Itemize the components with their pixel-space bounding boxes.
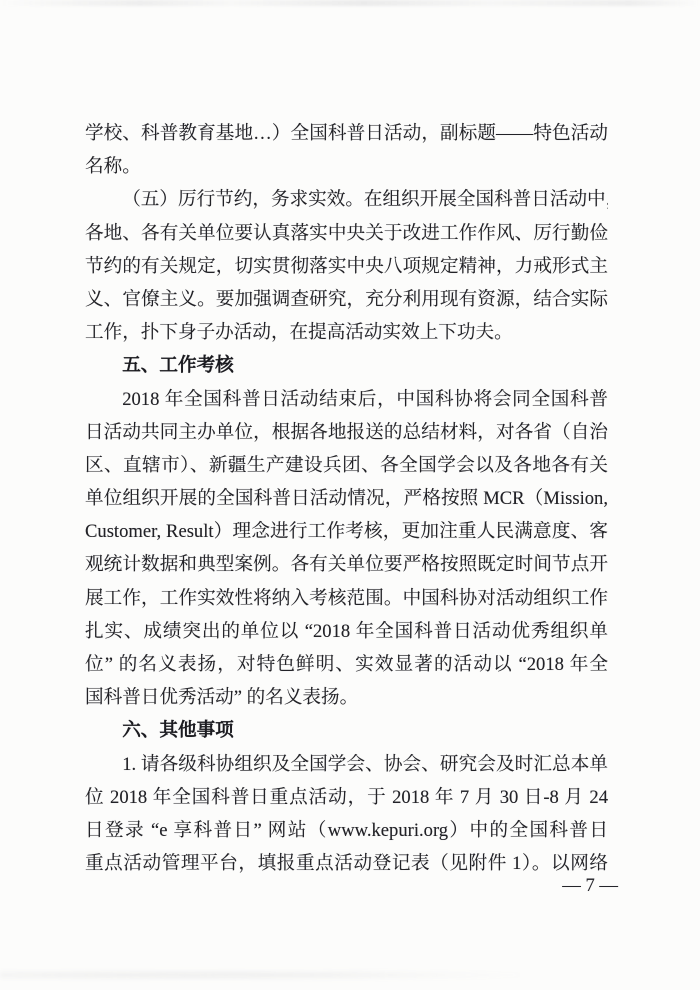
text-line: 各地、各有关单位要认真落实中央关于改进工作作风、厉行勤俭 [85, 217, 608, 250]
page-number: — 7 — [0, 872, 618, 900]
text-line: 展工作，工作实效性将纳入考核范围。中国科协对活动组织工作 [85, 582, 608, 615]
text-line: 单位组织开展的全国科普日活动情况，严格按照 MCR（Mission, [85, 482, 608, 515]
text-line: 位” 的名义表扬，对特色鲜明、实效显著的活动以 “2018 年全 [85, 648, 608, 681]
text-line: 2018 年全国科普日活动结束后，中国科协将会同全国科普 [85, 383, 608, 416]
text-line: 扎实、成绩突出的单位以 “2018 年全国科普日活动优秀组织单 [85, 615, 608, 648]
text-line-with-url: 日登录 “e 享科普日” 网站（www.kepuri.org）中的全国科普日 [85, 814, 608, 847]
text-line: 区、直辖市）、新疆生产建设兵团、各全国学会以及各地各有关 [85, 449, 608, 482]
text-line: 国科普日优秀活动” 的名义表扬。 [85, 681, 608, 714]
document-page: 学校、科普教育基地…）全国科普日活动，副标题——特色活动 名称。 （五）厉行节约… [0, 0, 700, 990]
scan-artifact-top [0, 0, 700, 6]
text-line: 观统计数据和典型案例。各有关单位要严格按照既定时间节点开 [85, 548, 608, 581]
section-heading-other-matters: 六、其他事项 [85, 714, 608, 747]
text-line: 学校、科普教育基地…）全国科普日活动，副标题——特色活动 [85, 117, 608, 150]
text-line: 位 2018 年全国科普日重点活动，于 2018 年 7 月 30 日-8 月 … [85, 781, 608, 814]
text-line: Customer, Result）理念进行工作考核，更加注重人民满意度、客 [85, 515, 608, 548]
text-line: 1. 请各级科协组织及全国学会、协会、研究会及时汇总本单 [85, 748, 608, 781]
text-line: 义、官僚主义。要加强调查研究，充分利用现有资源，结合实际 [85, 283, 608, 316]
scan-artifact-bottom [0, 968, 520, 982]
text-line: 名称。 [85, 150, 608, 183]
text-line: 工作，扑下身子办活动，在提高活动实效上下功夫。 [85, 316, 608, 349]
document-body: 学校、科普教育基地…）全国科普日活动，副标题——特色活动 名称。 （五）厉行节约… [85, 117, 608, 880]
section-heading-work-assessment: 五、工作考核 [85, 349, 608, 382]
text-line: （五）厉行节约，务求实效。在组织开展全国科普日活动中， [85, 183, 608, 216]
text-line: 节约的有关规定，切实贯彻落实中央八项规定精神，力戒形式主 [85, 250, 608, 283]
text-line: 日活动共同主办单位，根据各地报送的总结材料，对各省（自治 [85, 416, 608, 449]
